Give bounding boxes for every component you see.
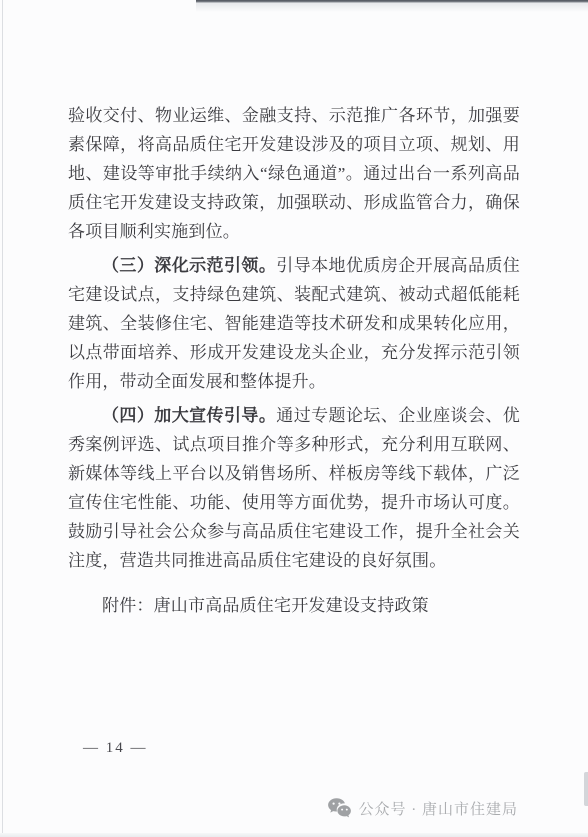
scan-shade-top bbox=[196, 3, 588, 12]
wechat-watermark: 公众号 · 唐山市住建局 bbox=[327, 797, 519, 820]
page-number: — 14 — bbox=[83, 740, 148, 757]
paragraph-continuation: 验收交付、物业运维、金融支持、示范推广各环节，加强要素保障，将高品质住宅开发建设… bbox=[68, 101, 520, 246]
paragraph-text: 引导本地优质房企开展高品质住宅建设试点，支持绿色建筑、装配式建筑、被动式超低能耗… bbox=[68, 256, 520, 391]
section-heading: （三）深化示范引领。 bbox=[102, 256, 276, 275]
paragraph-text: 通过专题论坛、企业座谈会、优秀案例评选、试点项目推介等多种形式，充分利用互联网、… bbox=[68, 406, 520, 570]
section-heading: （四）加大宣传引导。 bbox=[102, 406, 276, 425]
scan-edge-bottom bbox=[0, 833, 588, 837]
document-body: 验收交付、物业运维、金融支持、示范推广各环节，加强要素保障，将高品质住宅开发建设… bbox=[68, 101, 520, 620]
paragraph-text: 验收交付、物业运维、金融支持、示范推广各环节，加强要素保障，将高品质住宅开发建设… bbox=[68, 106, 520, 241]
paragraph-section-4: （四）加大宣传引导。通过专题论坛、企业座谈会、优秀案例评选、试点项目推介等多种形… bbox=[68, 401, 520, 575]
wechat-icon bbox=[327, 797, 352, 820]
wechat-account-label: 公众号 · 唐山市住建局 bbox=[359, 798, 519, 819]
document-page: 验收交付、物业运维、金融支持、示范推广各环节，加强要素保障，将高品质住宅开发建设… bbox=[0, 0, 588, 837]
attachment-line: 附件：唐山市高品质住宅开发建设支持政策 bbox=[68, 591, 520, 620]
scan-smudge bbox=[584, 772, 588, 806]
paragraph-section-3: （三）深化示范引领。引导本地优质房企开展高品质住宅建设试点，支持绿色建筑、装配式… bbox=[68, 251, 520, 396]
scan-edge-left bbox=[2, 0, 3, 837]
